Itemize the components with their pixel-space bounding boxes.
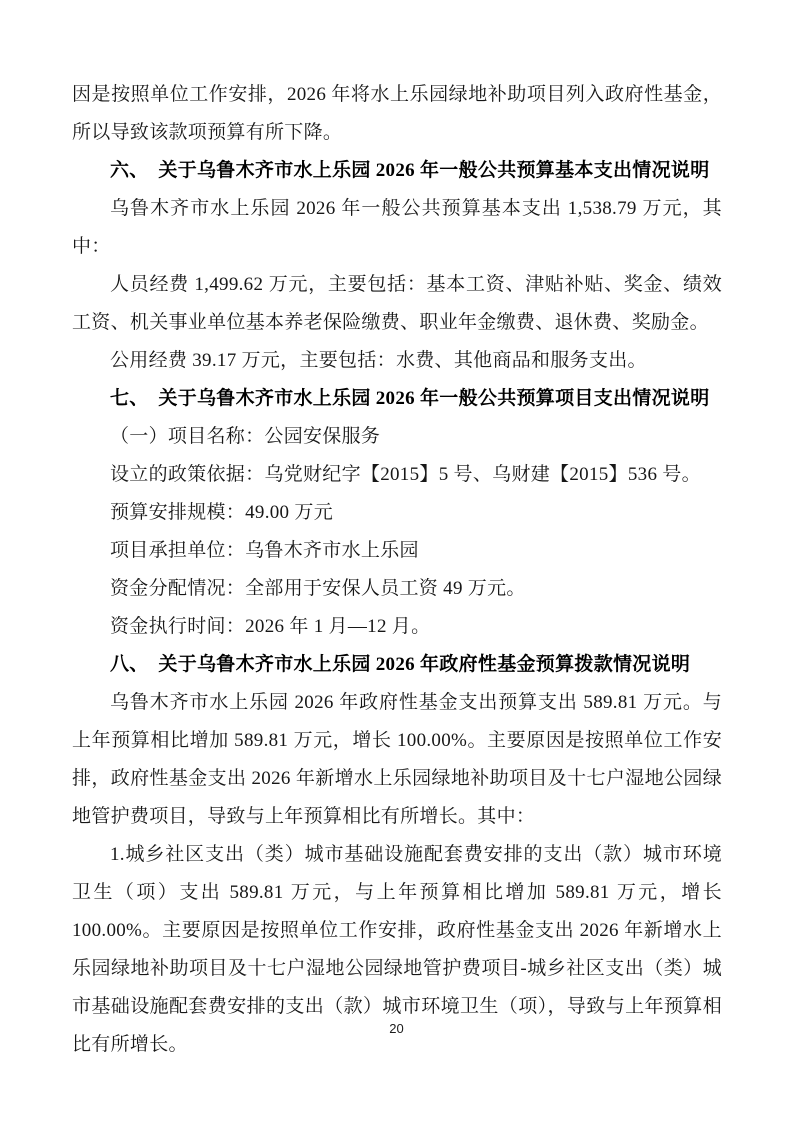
paragraph-basic-expense-total: 乌鲁木齐市水上乐园 2026 年一般公共预算基本支出 1,538.79 万元，其… bbox=[72, 190, 722, 266]
paragraph-gov-fund-overview: 乌鲁木齐市水上乐园 2026 年政府性基金支出预算支出 589.81 万元。与上… bbox=[72, 684, 722, 836]
page-number: 20 bbox=[0, 1020, 793, 1038]
paragraph-project-name: （一）项目名称：公园安保服务 bbox=[72, 418, 722, 456]
section-heading-6-basic-expense: 六、 关于乌鲁木齐市水上乐园 2026 年一般公共预算基本支出情况说明 bbox=[72, 152, 722, 190]
paragraph-undertaking-unit: 项目承担单位：乌鲁木齐市水上乐园 bbox=[72, 532, 722, 570]
document-content: 因是按照单位工作安排，2026 年将水上乐园绿地补助项目列入政府性基金，所以导致… bbox=[72, 76, 722, 1064]
paragraph-policy-basis: 设立的政策依据：乌党财纪字【2015】5 号、乌财建【2015】536 号。 bbox=[72, 456, 722, 494]
paragraph-personnel-expense: 人员经费 1,499.62 万元，主要包括：基本工资、津贴补贴、奖金、绩效工资、… bbox=[72, 266, 722, 342]
paragraph-continuation: 因是按照单位工作安排，2026 年将水上乐园绿地补助项目列入政府性基金，所以导致… bbox=[72, 76, 722, 152]
section-heading-8-gov-fund: 八、 关于乌鲁木齐市水上乐园 2026 年政府性基金预算拨款情况说明 bbox=[72, 646, 722, 684]
paragraph-execution-period: 资金执行时间：2026 年 1 月—12 月。 bbox=[72, 608, 722, 646]
paragraph-fund-allocation: 资金分配情况：全部用于安保人员工资 49 万元。 bbox=[72, 570, 722, 608]
document-page: 因是按照单位工作安排，2026 年将水上乐园绿地补助项目列入政府性基金，所以导致… bbox=[0, 0, 793, 1122]
section-heading-7-project-expense: 七、 关于乌鲁木齐市水上乐园 2026 年一般公共预算项目支出情况说明 bbox=[72, 380, 722, 418]
paragraph-budget-scale: 预算安排规模：49.00 万元 bbox=[72, 494, 722, 532]
paragraph-public-expense: 公用经费 39.17 万元，主要包括：水费、其他商品和服务支出。 bbox=[72, 342, 722, 380]
